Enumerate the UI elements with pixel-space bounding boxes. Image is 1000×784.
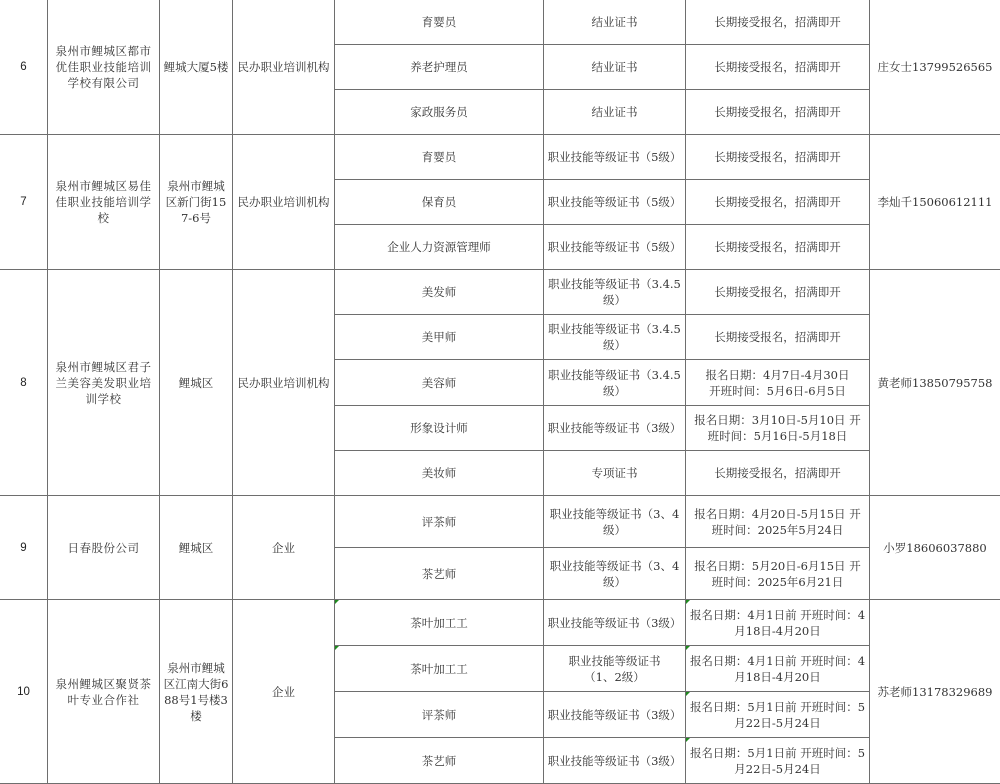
occupation: 保育员 <box>335 180 544 225</box>
institution-address: 鲤城区 <box>160 270 233 496</box>
occupation: 美容师 <box>335 360 544 406</box>
institution-type: 民办职业培训机构 <box>233 0 335 135</box>
occupation: 美甲师 <box>335 315 544 360</box>
certificate: 职业技能等级证书（3、4级） <box>544 496 686 548</box>
institution-address: 鲤城大厦5楼 <box>160 0 233 135</box>
table-row: 10 泉州鲤城区聚贤茶叶专业合作社 泉州市鲤城区江南大街688号1号楼3楼 企业… <box>0 600 1000 646</box>
certificate: 结业证书 <box>544 0 686 45</box>
certificate: 职业技能等级证书（3级） <box>544 406 686 451</box>
certificate: 职业技能等级证书（3.4.5级） <box>544 270 686 315</box>
occupation: 茶艺师 <box>335 548 544 600</box>
table-row: 8 泉州市鲤城区君子兰美容美发职业培训学校 鲤城区 民办职业培训机构 美发师 职… <box>0 270 1000 315</box>
occupation: 育婴员 <box>335 135 544 180</box>
occupation: 茶艺师 <box>335 738 544 784</box>
occupation: 企业人力资源管理师 <box>335 225 544 270</box>
certificate: 职业技能等级证书（5级） <box>544 225 686 270</box>
certificate: 职业技能等级证书（3级） <box>544 692 686 738</box>
table-row: 7 泉州市鲤城区易佳佳职业技能培训学校 泉州市鲤城区新门街157-6号 民办职业… <box>0 135 1000 180</box>
contact: 李灿千15060612111 <box>870 135 1000 270</box>
occupation: 养老护理员 <box>335 45 544 90</box>
schedule: 长期接受报名，招满即开 <box>686 180 870 225</box>
schedule: 报名日期：5月1日前 开班时间：5月22日-5月24日 <box>686 692 870 738</box>
occupation: 家政服务员 <box>335 90 544 135</box>
table-row: 6 泉州市鲤城区都市优佳职业技能培训学校有限公司 鲤城大厦5楼 民办职业培训机构… <box>0 0 1000 45</box>
schedule: 长期接受报名，招满即开 <box>686 270 870 315</box>
certificate: 职业技能等级证书（3.4.5级） <box>544 315 686 360</box>
occupation: 美妆师 <box>335 451 544 496</box>
schedule: 长期接受报名，招满即开 <box>686 90 870 135</box>
certificate: 职业技能等级证书（3级） <box>544 600 686 646</box>
certificate: 职业技能等级证书（3、4级） <box>544 548 686 600</box>
occupation: 评茶师 <box>335 692 544 738</box>
table-row: 9 日春股份公司 鲤城区 企业 评茶师 职业技能等级证书（3、4级） 报名日期：… <box>0 496 1000 548</box>
certificate: 职业技能等级证书（3级） <box>544 738 686 784</box>
institution-type: 企业 <box>233 600 335 784</box>
institution-address: 泉州市鲤城区新门街157-6号 <box>160 135 233 270</box>
schedule: 报名日期：4月1日前 开班时间：4月18日-4月20日 <box>686 600 870 646</box>
certificate: 结业证书 <box>544 90 686 135</box>
occupation: 美发师 <box>335 270 544 315</box>
occupation: 形象设计师 <box>335 406 544 451</box>
certificate: 职业技能等级证书（3.4.5级） <box>544 360 686 406</box>
institution-name: 日春股份公司 <box>48 496 160 600</box>
institution-name: 泉州市鲤城区易佳佳职业技能培训学校 <box>48 135 160 270</box>
contact: 苏老师13178329689 <box>870 600 1000 784</box>
row-index: 9 <box>0 496 48 600</box>
occupation: 育婴员 <box>335 0 544 45</box>
certificate: 职业技能等级证书 （1、2级） <box>544 646 686 692</box>
certificate: 职业技能等级证书（5级） <box>544 180 686 225</box>
schedule: 长期接受报名，招满即开 <box>686 225 870 270</box>
training-course-table: 6 泉州市鲤城区都市优佳职业技能培训学校有限公司 鲤城大厦5楼 民办职业培训机构… <box>0 0 1000 784</box>
occupation: 评茶师 <box>335 496 544 548</box>
schedule: 长期接受报名，招满即开 <box>686 135 870 180</box>
row-index: 6 <box>0 0 48 135</box>
occupation: 茶叶加工工 <box>335 600 544 646</box>
certificate: 专项证书 <box>544 451 686 496</box>
schedule: 报名日期：5月20日-6月15日 开班时间：2025年6月21日 <box>686 548 870 600</box>
schedule: 报名日期：3月10日-5月10日 开班时间：5月16日-5月18日 <box>686 406 870 451</box>
row-index: 7 <box>0 135 48 270</box>
certificate: 结业证书 <box>544 45 686 90</box>
contact: 庄女士13799526565 <box>870 0 1000 135</box>
institution-address: 鲤城区 <box>160 496 233 600</box>
institution-name: 泉州市鲤城区都市优佳职业技能培训学校有限公司 <box>48 0 160 135</box>
row-index: 10 <box>0 600 48 784</box>
schedule: 长期接受报名，招满即开 <box>686 451 870 496</box>
institution-type: 民办职业培训机构 <box>233 270 335 496</box>
institution-type: 企业 <box>233 496 335 600</box>
schedule: 报名日期：4月20日-5月15日 开班时间：2025年5月24日 <box>686 496 870 548</box>
schedule: 长期接受报名，招满即开 <box>686 315 870 360</box>
schedule: 报名日期：4月1日前 开班时间：4月18日-4月20日 <box>686 646 870 692</box>
schedule: 报名日期：5月1日前 开班时间：5月22日-5月24日 <box>686 738 870 784</box>
institution-type: 民办职业培训机构 <box>233 135 335 270</box>
institution-name: 泉州市鲤城区君子兰美容美发职业培训学校 <box>48 270 160 496</box>
schedule: 报名日期：4月7日-4月30日 开班时间：5月6日-6月5日 <box>686 360 870 406</box>
contact: 小罗18606037880 <box>870 496 1000 600</box>
schedule: 长期接受报名，招满即开 <box>686 0 870 45</box>
certificate: 职业技能等级证书（5级） <box>544 135 686 180</box>
institution-address: 泉州市鲤城区江南大街688号1号楼3楼 <box>160 600 233 784</box>
occupation: 茶叶加工工 <box>335 646 544 692</box>
row-index: 8 <box>0 270 48 496</box>
institution-name: 泉州鲤城区聚贤茶叶专业合作社 <box>48 600 160 784</box>
schedule: 长期接受报名，招满即开 <box>686 45 870 90</box>
contact: 黄老师13850795758 <box>870 270 1000 496</box>
